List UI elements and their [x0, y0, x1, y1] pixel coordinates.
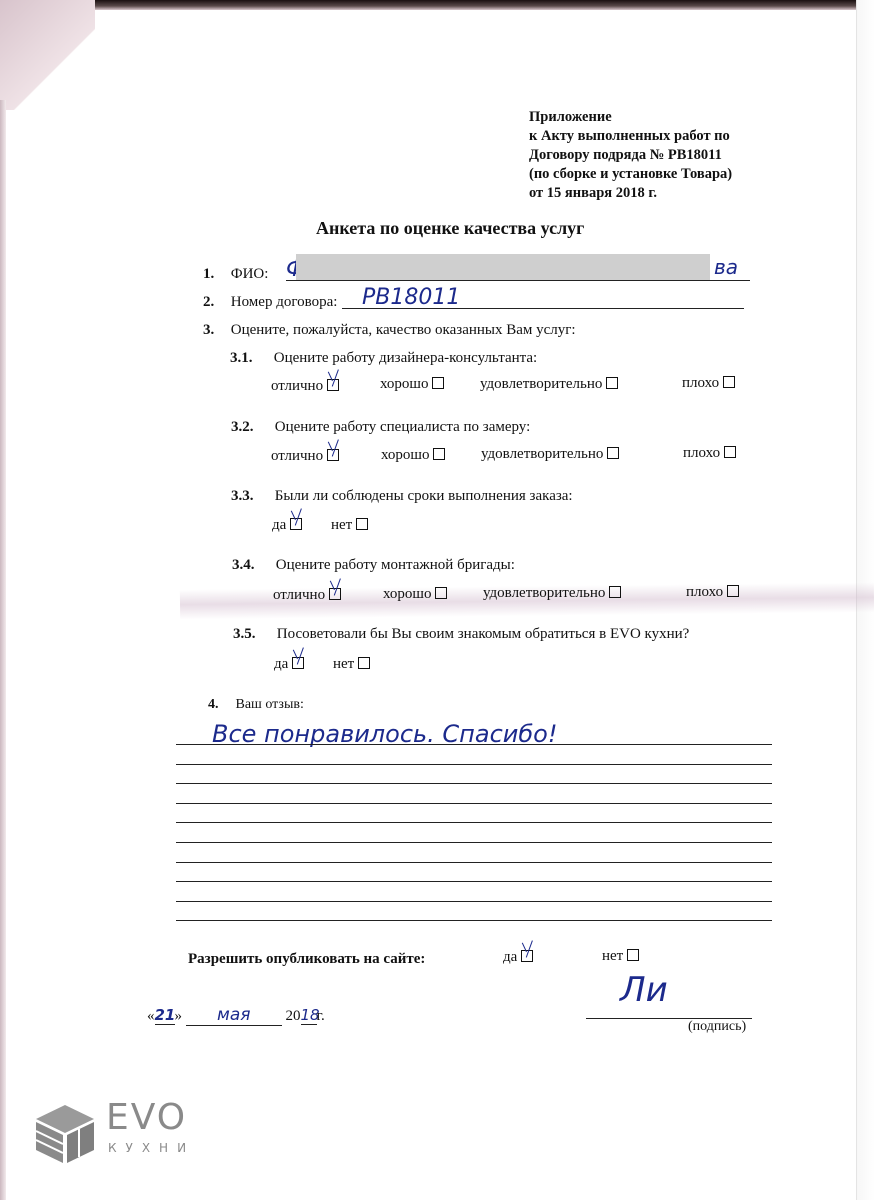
option-label: хорошо — [380, 376, 428, 392]
review-line — [176, 783, 772, 784]
q33-option-yes[interactable]: да — [272, 517, 302, 534]
question-label: Оцените работу монтажной бригады: — [276, 557, 515, 573]
review-line — [176, 744, 772, 745]
date-year-suffix: 18 — [301, 1006, 317, 1025]
fio-value-end: ва — [714, 255, 738, 279]
question-3-1: 3.1. Оцените работу дизайнера-консультан… — [230, 350, 537, 367]
checkbox[interactable] — [627, 949, 639, 961]
appendix-line: к Акту выполненных работ по — [529, 127, 732, 146]
question-label: Были ли соблюдены сроки выполнения заказ… — [275, 488, 573, 504]
item-number: 4. — [208, 697, 232, 713]
option-label: удовлетворительно — [483, 585, 605, 601]
item-number: 1. — [203, 266, 227, 283]
checkbox[interactable] — [606, 377, 618, 389]
publish-label: Разрешить опубликовать на сайте: — [188, 951, 425, 968]
fio-label: ФИО: — [231, 266, 269, 282]
option-label: плохо — [682, 375, 719, 391]
checkbox[interactable] — [435, 587, 447, 599]
date-day: 21 — [155, 1006, 175, 1025]
review-label: Ваш отзыв: — [236, 697, 304, 712]
q34-option-bad[interactable]: плохо — [686, 584, 739, 601]
option-label: удовлетворительно — [481, 446, 603, 462]
scan-top-edge — [0, 0, 874, 10]
appendix-line: от 15 января 2018 г. — [529, 184, 732, 203]
date-month: мая — [186, 1005, 282, 1026]
fio-field[interactable] — [286, 280, 750, 281]
option-label: плохо — [683, 445, 720, 461]
logo-wordmark: EVO — [106, 1097, 187, 1138]
checkbox-checked[interactable] — [290, 518, 302, 530]
item-number: 3. — [203, 322, 227, 339]
question-number: 3.3. — [231, 488, 271, 505]
date-close-quote: » — [175, 1008, 183, 1024]
option-label: нет — [331, 517, 352, 533]
review-line — [176, 842, 772, 843]
evo-logo: EVO КУХНИ — [34, 1103, 96, 1170]
item-number: 2. — [203, 294, 227, 311]
option-label: хорошо — [383, 586, 431, 602]
review-line — [176, 862, 772, 863]
checkbox[interactable] — [433, 448, 445, 460]
date-year-prefix: 20 — [286, 1008, 301, 1024]
logo-subtitle: КУХНИ — [108, 1141, 195, 1155]
option-label: отлично — [271, 378, 323, 394]
date-open-quote: « — [147, 1008, 155, 1024]
question-3-4: 3.4. Оцените работу монтажной бригады: — [232, 557, 515, 574]
review-line — [176, 822, 772, 823]
checkbox[interactable] — [724, 446, 736, 458]
q32-option-excellent[interactable]: отлично — [271, 448, 339, 465]
appendix-line: (по сборке и установке Товара) — [529, 165, 732, 184]
review-line — [176, 803, 772, 804]
q31-option-excellent[interactable]: отлично — [271, 378, 339, 395]
section3-label: Оцените, пожалуйста, качество оказанных … — [231, 322, 576, 338]
q31-option-bad[interactable]: плохо — [682, 375, 735, 392]
publish-option-yes[interactable]: да — [503, 949, 533, 966]
q31-option-satisfactory[interactable]: удовлетворительно — [480, 376, 618, 393]
checkbox[interactable] — [607, 447, 619, 459]
contract-value: РВ18011 — [362, 285, 460, 310]
q31-option-good[interactable]: хорошо — [380, 376, 444, 393]
section3-heading: 3. Оцените, пожалуйста, качество оказанн… — [203, 322, 576, 339]
question-3-2: 3.2. Оцените работу специалиста по замер… — [231, 419, 530, 436]
date-year-unit: г. — [317, 1008, 325, 1024]
option-label: хорошо — [381, 447, 429, 463]
option-label: плохо — [686, 584, 723, 600]
review-line — [176, 920, 772, 921]
appendix-line: Приложение — [529, 108, 732, 127]
checkbox-checked[interactable] — [327, 379, 339, 391]
question-number: 3.1. — [230, 350, 270, 367]
checkbox[interactable] — [609, 586, 621, 598]
option-label: да — [503, 949, 517, 965]
review-line — [176, 901, 772, 902]
option-label: нет — [333, 656, 354, 672]
checkbox-checked[interactable] — [292, 657, 304, 669]
scan-left-edge — [0, 100, 6, 1200]
checkbox-checked[interactable] — [327, 449, 339, 461]
q34-option-excellent[interactable]: отлично — [273, 587, 341, 604]
date-field[interactable]: «21» мая 2018г. — [147, 1005, 325, 1026]
option-label: отлично — [271, 448, 323, 464]
option-label: отлично — [273, 587, 325, 603]
q35-option-no[interactable]: нет — [333, 656, 370, 673]
question-label: Оцените работу специалиста по замеру: — [275, 419, 531, 435]
review-line — [176, 881, 772, 882]
fio-row: 1. ФИО: — [203, 266, 268, 283]
signature-mark: Ли — [620, 970, 668, 1010]
checkbox-checked[interactable] — [521, 950, 533, 962]
question-number: 3.4. — [232, 557, 272, 574]
publish-option-no[interactable]: нет — [602, 948, 639, 965]
question-3-3: 3.3. Были ли соблюдены сроки выполнения … — [231, 488, 573, 505]
question-label: Оцените работу дизайнера-консультанта: — [274, 350, 537, 366]
contract-row: 2. Номер договора: — [203, 294, 337, 311]
redaction-box — [296, 254, 710, 280]
review-line — [176, 764, 772, 765]
contract-label: Номер договора: — [231, 294, 338, 310]
checkbox-checked[interactable] — [329, 588, 341, 600]
checkbox[interactable] — [727, 585, 739, 597]
question-label: Посоветовали бы Вы своим знакомым обрати… — [277, 626, 690, 642]
q34-option-good[interactable]: хорошо — [383, 586, 447, 603]
review-heading: 4. Ваш отзыв: — [208, 697, 304, 713]
q32-option-bad[interactable]: плохо — [683, 445, 736, 462]
q35-option-yes[interactable]: да — [274, 656, 304, 673]
option-label: да — [274, 656, 288, 672]
checkbox[interactable] — [356, 518, 368, 530]
option-label: удовлетворительно — [480, 376, 602, 392]
checkbox[interactable] — [358, 657, 370, 669]
q32-option-good[interactable]: хорошо — [381, 447, 445, 464]
question-number: 3.2. — [231, 419, 271, 436]
q32-option-satisfactory[interactable]: удовлетворительно — [481, 446, 619, 463]
checkbox[interactable] — [432, 377, 444, 389]
cube-logo-icon — [34, 1103, 96, 1165]
q33-option-no[interactable]: нет — [331, 517, 368, 534]
q34-option-satisfactory[interactable]: удовлетворительно — [483, 585, 621, 602]
signature-caption: (подпись) — [688, 1019, 746, 1035]
appendix-line: Договору подряда № PB18011 — [529, 146, 732, 165]
question-number: 3.5. — [233, 626, 273, 643]
option-label: нет — [602, 948, 623, 964]
option-label: да — [272, 517, 286, 533]
page-title: Анкета по оценке качества услуг — [316, 218, 584, 239]
question-3-5: 3.5. Посоветовали бы Вы своим знакомым о… — [233, 626, 689, 643]
checkbox[interactable] — [723, 376, 735, 388]
folded-corner — [0, 0, 95, 110]
appendix-header: Приложение к Акту выполненных работ по Д… — [529, 108, 732, 203]
